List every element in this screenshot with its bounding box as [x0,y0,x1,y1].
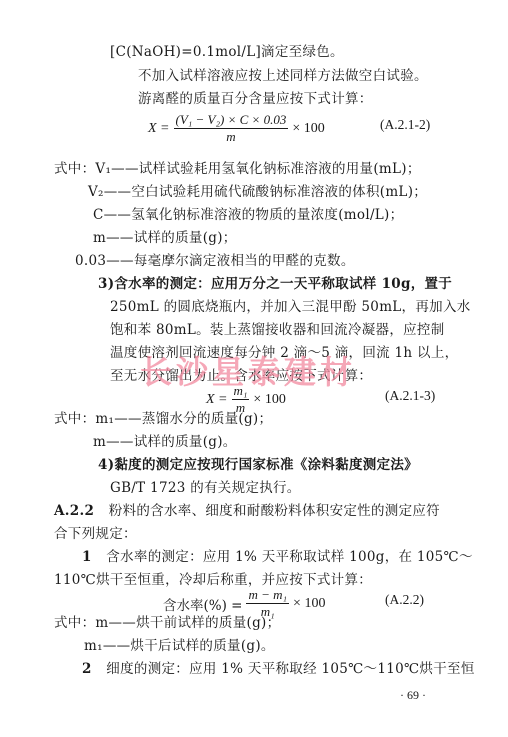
section-heading: A.2.2 粉料的含水率、细度和耐酸粉料体积安定性的测定应符 [54,502,440,520]
section-number: A.2.2 [54,503,94,519]
text-line: [C(NaOH)=0.1mol/L]滴定至绿色。 [110,43,344,61]
text-line: 3)含水率的测定：应用万分之一天平称取试样 10g，置于 [98,275,452,293]
equation-number: (A.2.1-2) [380,117,430,133]
definition-line: m₁——烘干后试样的质量(g)。 [84,637,275,655]
definition-line: 式中：V₁——试样试验耗用氢氧化钠标准溶液的用量(mL)； [54,160,421,178]
formula-tail: × 100 [293,596,325,612]
text-line: 饱和苯 80mL。装上蒸馏接收器和回流冷凝器，应控制 [110,321,445,339]
numerator: m − m₁ [246,587,289,604]
text-line: 合下列规定： [54,525,137,543]
section-text: 粉料的含水率、细度和耐酸粉料体积安定性的测定应符 [109,503,440,519]
numerator: (V₁ − V₂) × C × 0.03 [174,112,289,129]
definition-line: 式中：m₁——蒸馏水分的质量(g)； [54,410,272,428]
formula-free-aldehyde: X = (V₁ − V₂) × C × 0.03 m × 100 [148,112,325,145]
equation-number: (A.2.1-3) [385,388,435,404]
numerator: m₁ [232,383,250,400]
text-line: GB/T 1723 的有关规定执行。 [110,479,301,497]
item-text: 细度的测定：应用 1% 天平称取经 105℃～110℃烘干至恒 [106,661,474,677]
item-number: 2 [82,661,92,677]
definition-line: V₂——空白试验耗用硫代硫酸钠标准溶液的体积(mL)； [88,183,427,201]
formula-tail: × 100 [253,392,285,408]
text-line: 4)黏度的测定应按现行国家标准《涂料黏度测定法》 [98,456,418,474]
list-item: 1 含水率的测定：应用 1% 天平称取试样 100g，在 105℃～ [82,548,473,566]
fraction: (V₁ − V₂) × C × 0.03 m [174,112,289,145]
formula-tail: × 100 [292,121,324,137]
equation-number: (A.2.2) [385,592,424,608]
formula-lhs: X = [148,121,170,137]
formula-lhs: X = [206,392,228,408]
list-item: 2 细度的测定：应用 1% 天平称取经 105℃～110℃烘干至恒 [82,660,475,678]
denominator: m [226,129,235,145]
text-line: 游离醛的质量百分含量应按下式计算： [138,90,373,108]
definition-line: 式中：m——烘干前试样的质量(g)； [54,614,280,632]
item-number: 1 [82,549,92,565]
definition-line: m——试样的质量(g)； [93,229,237,247]
definition-line: C——氢氧化钠标准溶液的物质的量浓度(mol/L)； [93,206,403,224]
formula-lhs: 含水率(%) = [163,594,242,614]
definition-line: 0.03——每毫摩尔滴定液相当的甲醛的克数。 [75,252,355,270]
item-text: 含水率的测定：应用 1% 天平称取试样 100g，在 105℃～ [106,549,472,565]
text-line: 不加入试样溶液应按上述同样方法做空白试验。 [138,67,428,85]
page-number: · 69 · [400,688,426,703]
definition-line: m——试样的质量(g)。 [93,433,237,451]
text-line: 250mL 的圆底烧瓶内，并加入三混甲酚 50mL，再加入水 [110,298,471,316]
document-page: [C(NaOH)=0.1mol/L]滴定至绿色。 不加入试样溶液应按上述同样方法… [0,0,508,737]
